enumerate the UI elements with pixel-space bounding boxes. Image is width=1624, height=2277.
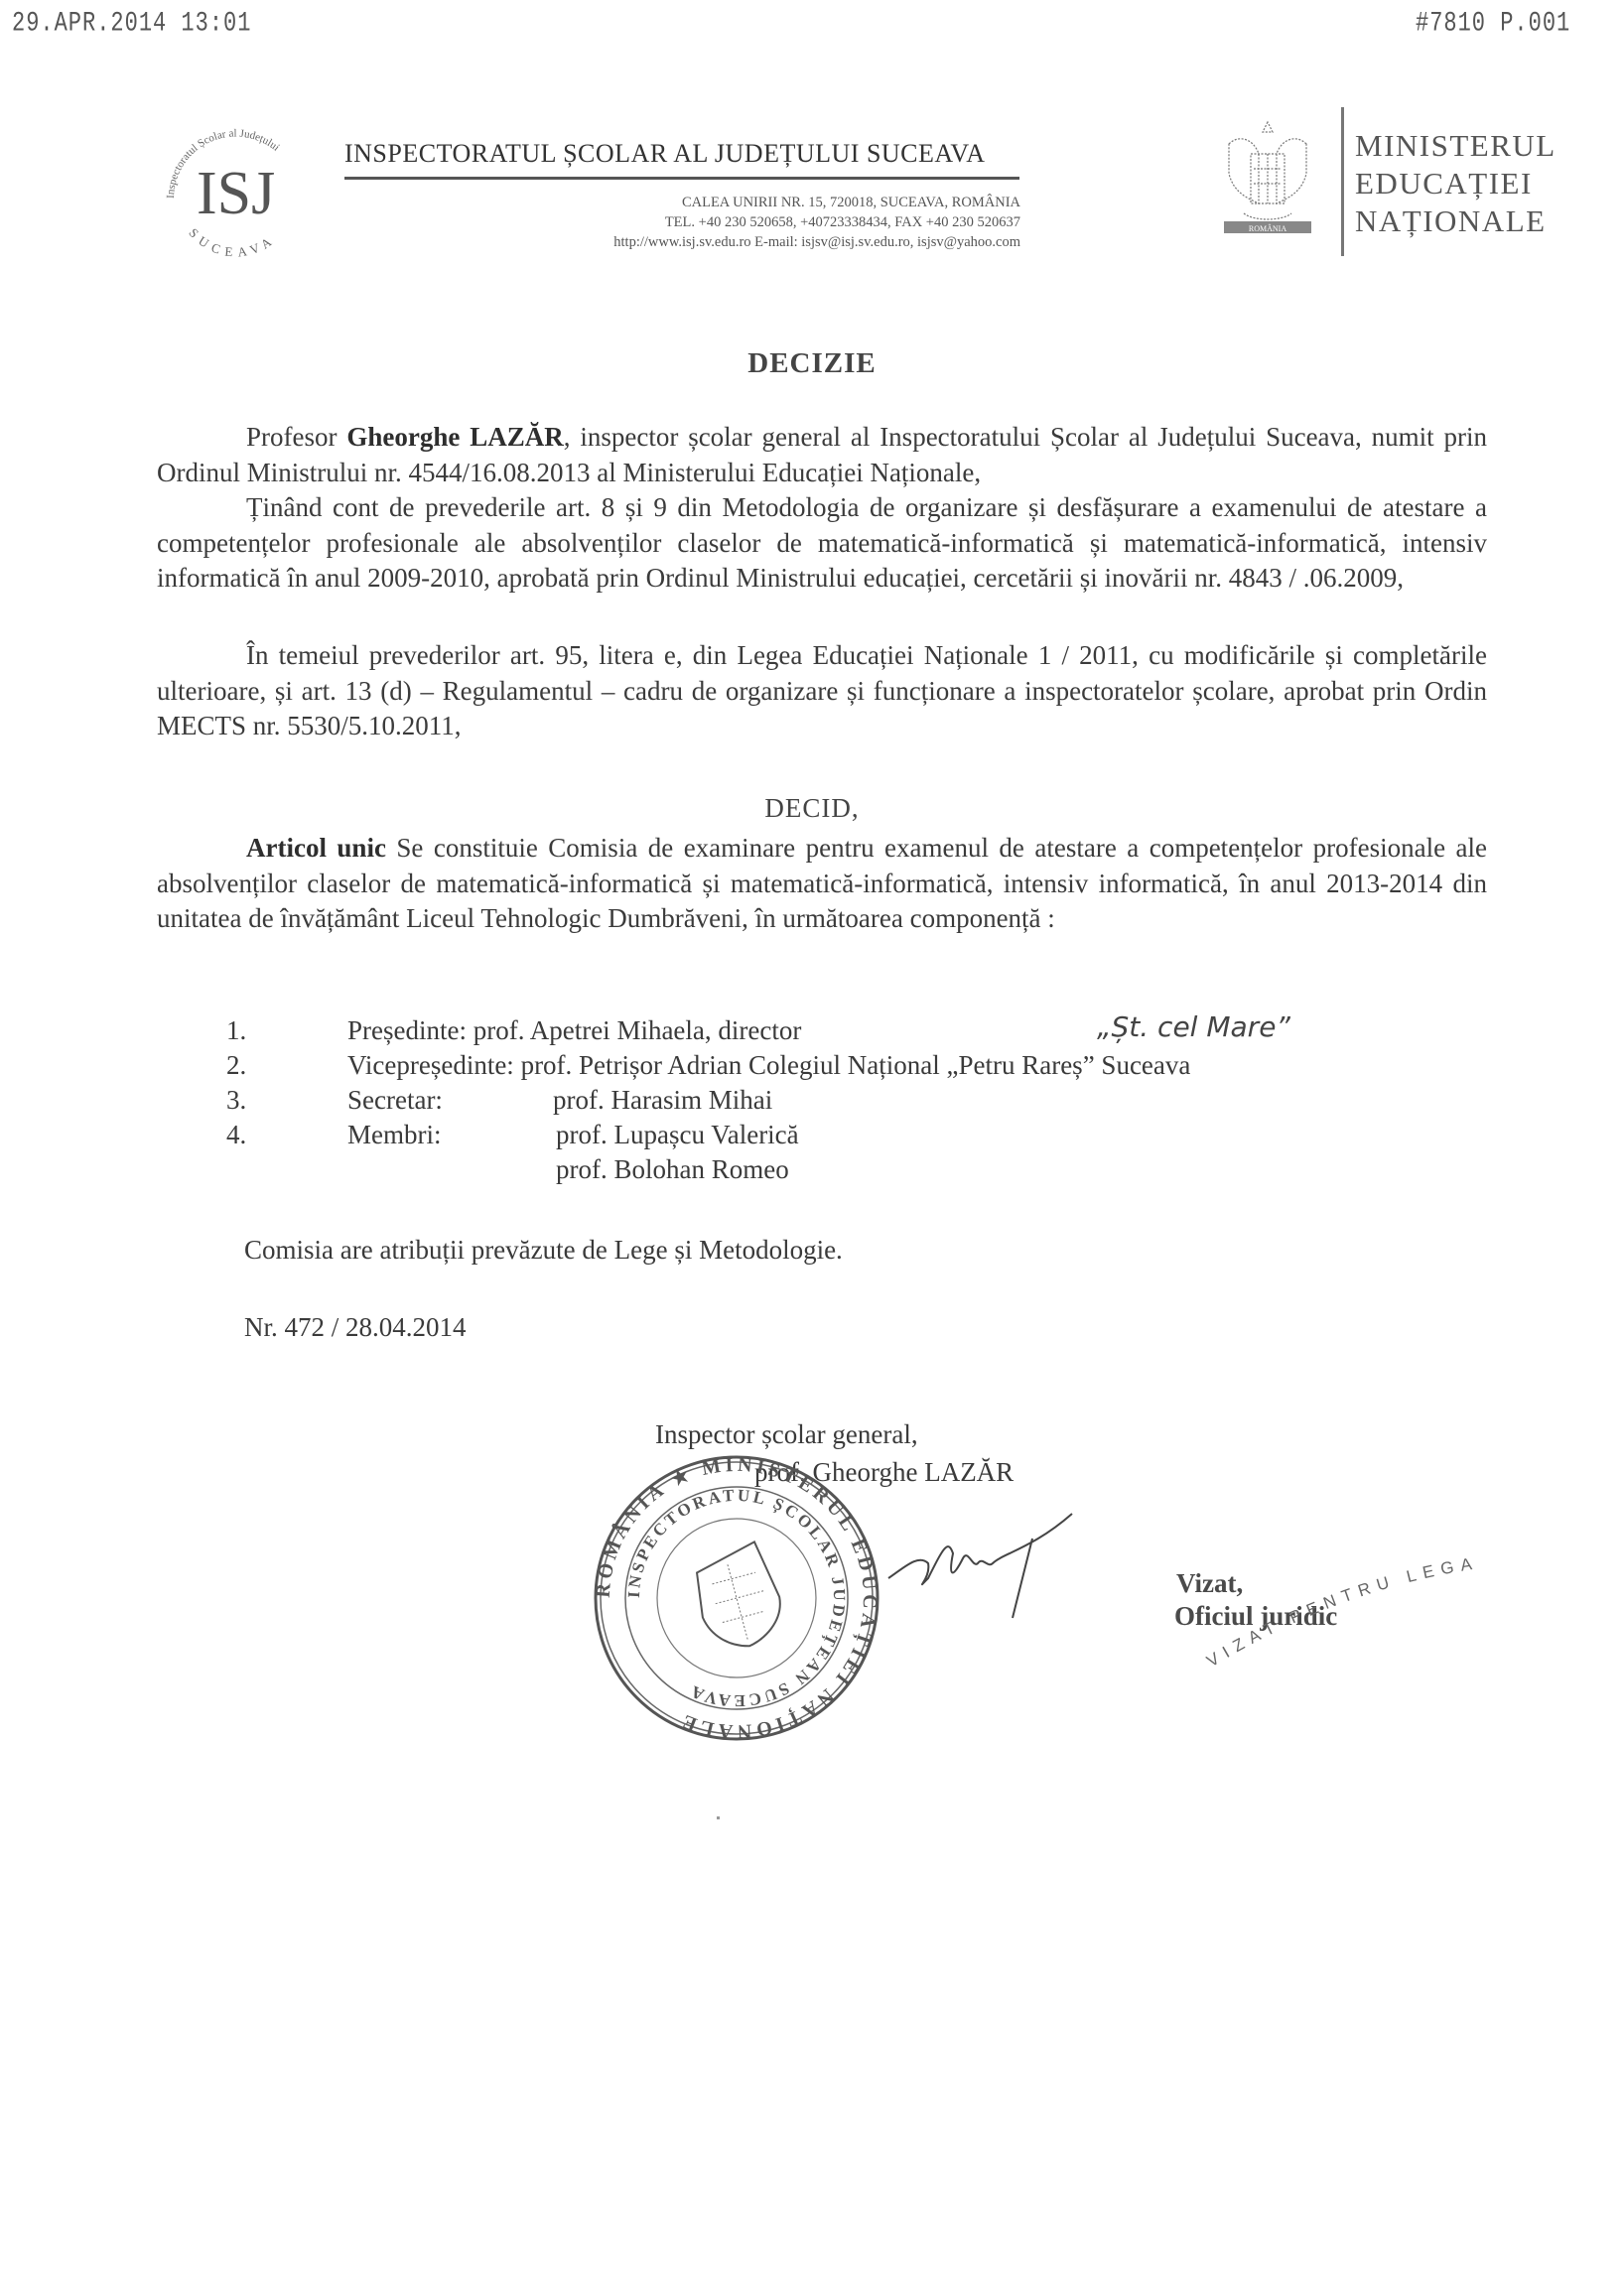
- member-name: prof. Apetrei Mihaela, director: [474, 1015, 802, 1045]
- institution-name: INSPECTORATUL ȘCOLAR AL JUDEȚULUI SUCEAV…: [344, 139, 986, 169]
- signatory-title: Inspector școlar general,: [655, 1419, 918, 1450]
- article-paragraph: Articol unic Se constituie Comisia de ex…: [157, 831, 1487, 937]
- ministry-line-3: NAȚIONALE: [1355, 202, 1556, 240]
- p1-prefix: Profesor: [246, 422, 346, 452]
- p3-text: În temeiul prevederilor art. 95, litera …: [157, 640, 1487, 740]
- ministry-line-1: MINISTERUL: [1355, 127, 1556, 165]
- member-name: prof. Harasim Mihai: [553, 1085, 772, 1116]
- handwritten-signature-icon: [883, 1509, 1082, 1628]
- web-line: http://www.isj.sv.edu.ro E-mail: isjsv@i…: [613, 234, 1020, 251]
- logo-monogram: ISJ: [197, 160, 275, 227]
- ministry-name: MINISTERUL EDUCAȚIEI NAȚIONALE: [1355, 127, 1556, 240]
- member-role: Președinte:: [347, 1015, 467, 1045]
- svg-text:SUCEAVA: SUCEAVA: [186, 225, 278, 260]
- list-number: 4.: [226, 1120, 246, 1150]
- list-item: Președinte: prof. Apetrei Mihaela, direc…: [347, 1015, 801, 1046]
- member-name: prof. Bolohan Romeo: [556, 1154, 789, 1185]
- legality-stamp-icon: VIZAT PENTRU LEGALITATE: [1191, 1548, 1489, 1677]
- svg-text:VIZAT PENTRU LEGALITATE: VIZAT PENTRU LEGALITATE: [1191, 1548, 1480, 1671]
- decision-heading: DECID,: [0, 793, 1624, 824]
- handwritten-correction: „Șt. cel Mare”: [1097, 1010, 1290, 1043]
- ministry-divider: [1341, 107, 1344, 256]
- fax-page-ref: #7810 P.001: [1416, 8, 1570, 39]
- list-number: 2.: [226, 1050, 246, 1081]
- p2-text: Ținând cont de prevederile art. 8 și 9 d…: [157, 492, 1487, 593]
- list-item-role: Membri:: [347, 1120, 442, 1150]
- member-role: Vicepreședinte:: [347, 1050, 514, 1080]
- document-number-date: Nr. 472 / 28.04.2014: [244, 1312, 467, 1343]
- list-number: 3.: [226, 1085, 246, 1116]
- member-name: prof. Petrișor Adrian Colegiul Național …: [521, 1050, 1191, 1080]
- inspector-name: Gheorghe LAZĂR: [346, 422, 563, 452]
- closing-statement: Comisia are atribuții prevăzute de Lege …: [244, 1235, 843, 1266]
- list-item-role: Secretar:: [347, 1085, 443, 1116]
- document-title: DECIZIE: [0, 347, 1624, 380]
- list-number: 1.: [226, 1015, 246, 1046]
- preamble-paragraph: Profesor Gheorghe LAZĂR, inspector școla…: [157, 420, 1487, 490]
- scan-speck: [717, 1816, 720, 1819]
- legal-basis-paragraph-2: În temeiul prevederilor art. 95, litera …: [157, 638, 1487, 744]
- logo-arc-bottom: SUCEAVA: [186, 225, 278, 260]
- ministry-line-2: EDUCAȚIEI: [1355, 165, 1556, 202]
- coat-of-arms-icon: ROMÂNIA: [1209, 114, 1326, 243]
- list-item: Vicepreședinte: prof. Petrișor Adrian Co…: [347, 1050, 1190, 1081]
- legal-basis-paragraph-1: Ținând cont de prevederile art. 8 și 9 d…: [157, 490, 1487, 597]
- legality-stamp-text: VIZAT PENTRU LEGALITATE: [1191, 1548, 1480, 1671]
- article-label: Articol unic: [246, 833, 386, 863]
- letterhead-divider: [344, 177, 1019, 180]
- isj-logo-icon: Inspectoratul Școlar al Județului SUCEAV…: [149, 99, 323, 273]
- official-stamp-icon: ROMÂNIA ★ MINISTERUL EDUCAȚIEI NAȚIONALE…: [588, 1449, 885, 1747]
- fax-timestamp: 29.APR.2014 13:01: [12, 8, 251, 39]
- member-name: prof. Lupașcu Valerică: [556, 1120, 799, 1150]
- address-line: CALEA UNIRII NR. 15, 720018, SUCEAVA, RO…: [682, 195, 1020, 211]
- phone-line: TEL. +40 230 520658, +40723338434, FAX +…: [665, 214, 1020, 231]
- crest-banner: ROMÂNIA: [1249, 223, 1286, 233]
